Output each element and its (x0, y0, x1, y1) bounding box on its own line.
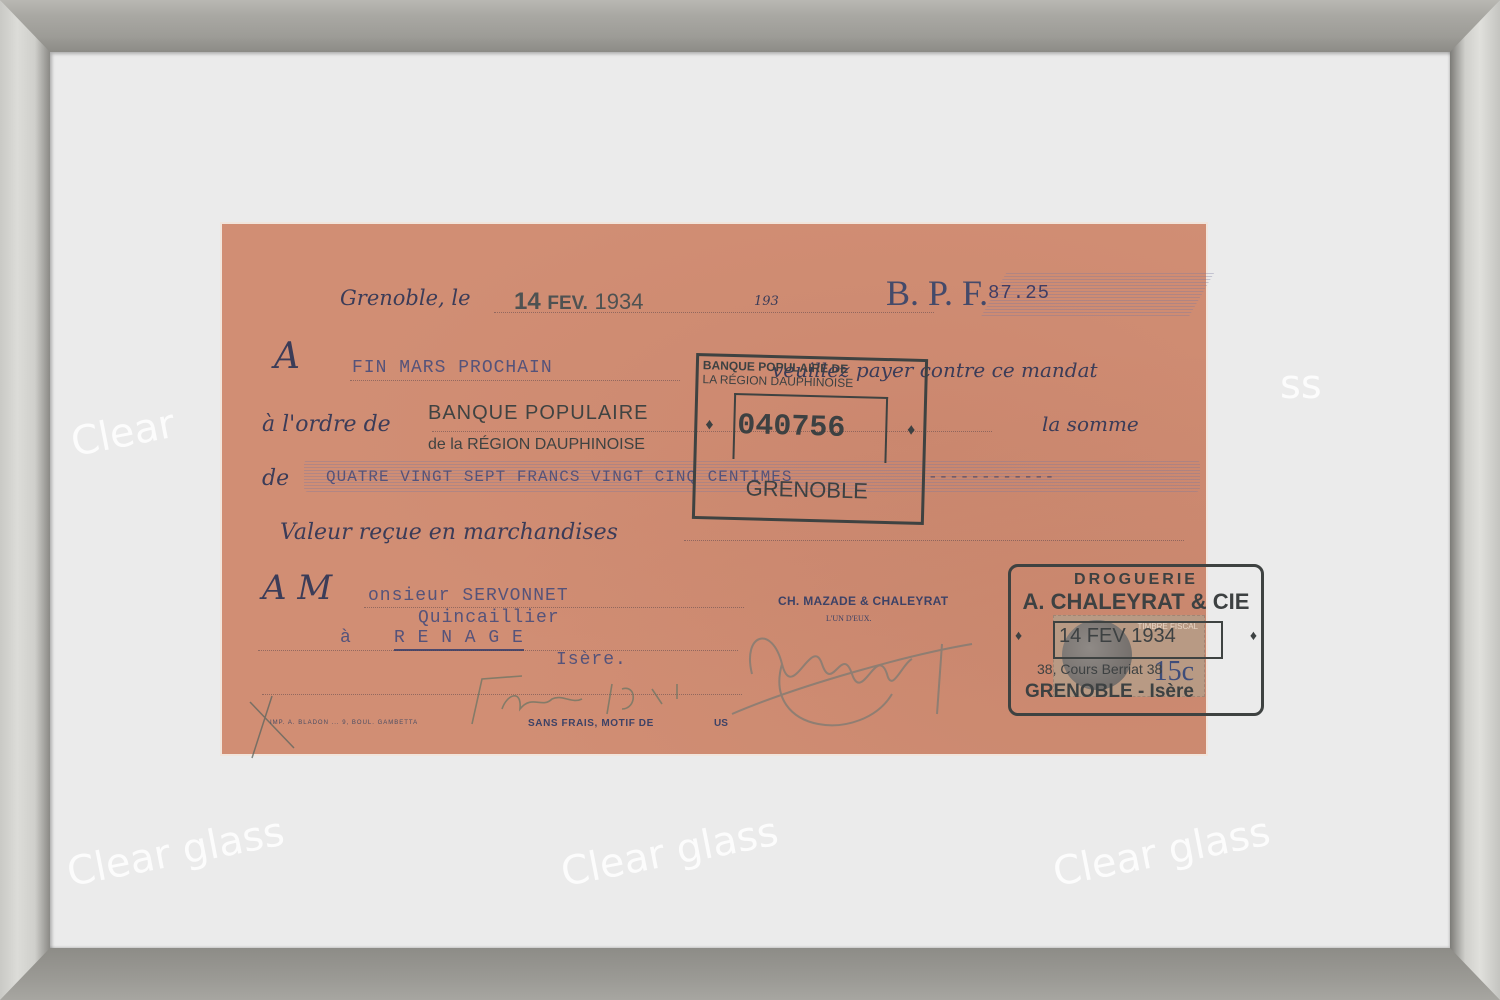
bank-stamp-line2: LA RÉGION DAUPHINOISE (702, 372, 853, 390)
footer-note-b: US (714, 718, 728, 729)
value-line (684, 540, 1184, 541)
printer-imprint: IMP. A. BLADON ... 9, BOUL. GAMBETTA (270, 720, 418, 726)
place-label: Grenoble, le (340, 286, 471, 310)
due-date-text: FIN MARS PROCHAIN (352, 358, 553, 378)
droguerie-address: 38, Cours Berriat 38 (1037, 661, 1162, 677)
droguerie-date: 14 FEV 1934 (1059, 625, 1176, 648)
addressee-prefix: A M (262, 568, 332, 608)
date-month: FEV. (547, 293, 588, 314)
droguerie-ornament-right: ♦ (1250, 627, 1257, 643)
addressee-line1: onsieur SERVONNET (368, 586, 569, 606)
amount-figure: 87.25 (988, 282, 1050, 304)
addressee-a: à (340, 628, 352, 648)
frame-moulding-bottom (0, 948, 1500, 1000)
year-prefix: 193 (754, 294, 779, 309)
amount-dashes: ------------ (928, 468, 1055, 486)
drawer-signature (712, 604, 992, 754)
addressee-line2: Quincaillier (418, 608, 560, 628)
due-prefix-initial: A (274, 336, 300, 377)
order-label: à l'ordre de (262, 412, 391, 437)
date-year: 1934 (595, 289, 644, 314)
currency-label: B. P. F. (886, 272, 988, 314)
bank-stamp-ornament-right: ♦ (907, 422, 916, 440)
bill-of-exchange: Grenoble, le 14 FEV. 1934 193 B. P. F. 8… (222, 224, 1206, 754)
payee-line1: BANQUE POPULAIRE (428, 402, 649, 425)
due-line (350, 380, 680, 381)
addressee-town: R E N A G E (394, 628, 524, 651)
bank-stamp: BANQUE POPULAIRE DE LA RÉGION DAUPHINOIS… (692, 353, 928, 525)
addressee-dotline2 (258, 650, 738, 651)
droguerie-line2: A. CHALEYRAT & CIE (1011, 589, 1261, 615)
date-day: 14 (514, 288, 541, 315)
footer-note-a: SANS FRAIS, MOTIF DE (528, 718, 654, 729)
value-received-label: Valeur reçue en marchandises (280, 520, 618, 545)
droguerie-city: GRENOBLE - Isère (1025, 681, 1194, 703)
sum-label: la somme (1042, 412, 1139, 436)
date-stamp: 14 FEV. 1934 (514, 288, 644, 316)
frame-moulding-right (1450, 0, 1500, 1000)
droguerie-line1: DROGUERIE (1011, 571, 1261, 589)
frame-moulding-left (0, 0, 50, 1000)
bank-stamp-city: GRENOBLE (745, 475, 868, 504)
bank-stamp-ornament-left: ♦ (705, 416, 714, 434)
de-label: de (262, 466, 289, 491)
cross-mark (246, 692, 306, 762)
droguerie-stamp: DROGUERIE A. CHALEYRAT & CIE TIMBRE FISC… (1008, 564, 1264, 716)
frame-moulding-top (0, 0, 1500, 52)
droguerie-ornament-left: ♦ (1015, 627, 1022, 643)
payee-line2: de la RÉGION DAUPHINOISE (428, 436, 645, 454)
bank-stamp-number: 040756 (737, 409, 846, 446)
